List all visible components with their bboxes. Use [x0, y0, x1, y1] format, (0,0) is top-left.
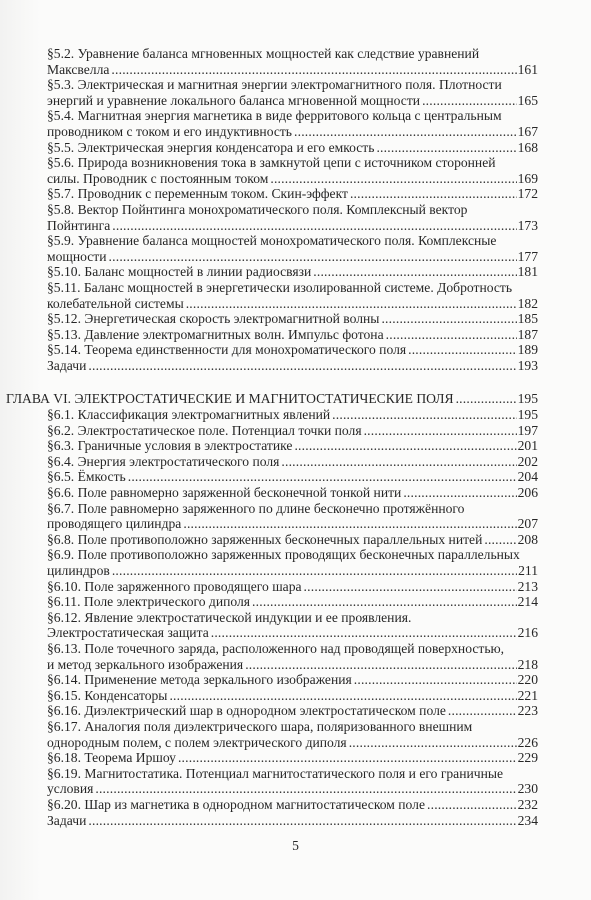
- dot-leader: [186, 296, 517, 312]
- toc-entry-title: мощности: [47, 249, 107, 265]
- toc-page-number: 195: [518, 407, 538, 423]
- dot-leader: [376, 140, 516, 156]
- toc-entry-title: §6.20. Шар из магнетика в однородном маг…: [47, 797, 425, 813]
- toc-entry[interactable]: §6.9. Поле противоположно заряженных про…: [0, 547, 591, 578]
- toc-entry-line: и метод зеркального изображения218: [0, 657, 538, 673]
- toc-entry[interactable]: §6.13. Поле точечного заряда, расположен…: [0, 641, 591, 672]
- toc-page-number: 207: [518, 516, 538, 532]
- toc-entry[interactable]: §5.9. Уравнение баланса мощностей монохр…: [0, 233, 591, 264]
- toc-entry-title: §5.7. Проводник с переменным током. Скин…: [47, 186, 348, 202]
- toc-entry[interactable]: §6.18. Теорема Иршоу229: [0, 750, 591, 766]
- toc-entry-title: Задачи: [47, 358, 86, 374]
- toc-entry-title: §5.4. Магнитная энергия магнетика в виде…: [47, 108, 502, 123]
- toc-page-number: 230: [518, 781, 538, 797]
- toc-entry-title: §6.3. Граничные условия в электростатике: [47, 438, 292, 454]
- toc-entry-title: §6.8. Поле противоположно заряженных бес…: [47, 532, 482, 548]
- toc-entry-line: §6.13. Поле точечного заряда, расположен…: [0, 641, 591, 657]
- toc-entry[interactable]: §6.6. Поле равномерно заряженной бесконе…: [0, 485, 591, 501]
- toc-entry[interactable]: Задачи193: [0, 358, 591, 374]
- toc-entry[interactable]: §5.13. Давление электромагнитных волн. И…: [0, 327, 591, 343]
- dot-leader: [448, 703, 517, 719]
- toc-entry-line: §6.17. Аналогия поля диэлектрического ша…: [0, 719, 591, 735]
- toc-page-number: 206: [518, 485, 538, 501]
- toc-entry-title: однородным полем, с полем электрического…: [47, 735, 347, 751]
- toc-entry[interactable]: §6.7. Поле равномерно заряженного по дли…: [0, 501, 591, 532]
- toc-entry-line: Пойнтинга173: [0, 218, 538, 234]
- toc-entry-title: §6.16. Диэлектрический шар в однородном …: [47, 703, 446, 719]
- toc-page-number: 197: [518, 423, 538, 439]
- toc-entry-title: колебательной системы: [47, 296, 184, 312]
- toc-entry-line: §5.13. Давление электромагнитных волн. И…: [0, 327, 538, 343]
- dot-leader: [88, 813, 516, 829]
- toc-page-number: 214: [518, 594, 538, 610]
- toc-entry-line: §6.16. Диэлектрический шар в однородном …: [0, 703, 538, 719]
- toc-entry-line: §5.5. Электрическая энергия конденсатора…: [0, 140, 538, 156]
- chapter-vi-sections: §6.1. Классификация электромагнитных явл…: [0, 407, 591, 828]
- toc-entry[interactable]: §5.12. Энергетическая скорость электрома…: [0, 311, 591, 327]
- toc-entry-title: энергий и уравнение локального баланса м…: [47, 93, 420, 109]
- toc-entry-line: цилиндров211: [0, 563, 538, 579]
- toc-entry[interactable]: §5.14. Теорема единственности для монохр…: [0, 342, 591, 358]
- toc-entry-title: §5.13. Давление электромагнитных волн. И…: [47, 327, 384, 343]
- toc-entry[interactable]: §5.7. Проводник с переменным током. Скин…: [0, 186, 591, 202]
- toc-entry[interactable]: §6.19. Магнитостатика. Потенциал магнито…: [0, 766, 591, 797]
- toc-entry-title: §6.14. Применение метода зеркального изо…: [47, 672, 352, 688]
- toc-entry-title: §6.9. Поле противоположно заряженных про…: [47, 547, 520, 562]
- dot-leader: [294, 438, 516, 454]
- toc-entry-title: §5.14. Теорема единственности для монохр…: [47, 342, 406, 358]
- toc-entry[interactable]: §5.6. Природа возникновения тока в замкн…: [0, 155, 591, 186]
- toc-entry-line: §6.15. Конденсаторы221: [0, 688, 538, 704]
- toc-entry-line: §5.11. Баланс мощностей в энергетически …: [0, 280, 591, 296]
- dot-leader: [350, 186, 517, 202]
- dot-leader: [169, 688, 516, 704]
- toc-page-number: 172: [518, 186, 538, 202]
- table-of-contents: §5.2. Уравнение баланса мгновенных мощно…: [0, 46, 591, 828]
- toc-entry-line: §5.9. Уравнение баланса мощностей монохр…: [0, 233, 591, 249]
- toc-entry-title: §6.19. Магнитостатика. Потенциал магнито…: [47, 766, 503, 781]
- toc-entry-title: §6.12. Явление электростатической индукц…: [47, 610, 411, 625]
- toc-entry-line: §5.8. Вектор Пойнтинга монохроматическог…: [0, 202, 591, 218]
- toc-entry-line: проводником с током и его индуктивность1…: [0, 124, 538, 140]
- chapter-gap: [0, 373, 591, 391]
- dot-leader: [349, 735, 517, 751]
- dot-leader: [364, 423, 517, 439]
- toc-entry[interactable]: §5.10. Баланс мощностей в линии радиосвя…: [0, 264, 591, 280]
- toc-entry-line: мощности177: [0, 249, 538, 265]
- dot-leader: [252, 594, 517, 610]
- toc-entry-line: §6.5. Ёмкость204: [0, 469, 538, 485]
- toc-entry-line: §6.8. Поле противоположно заряженных бес…: [0, 532, 538, 548]
- toc-entry-title: и метод зеркального изображения: [47, 657, 243, 673]
- toc-page-number: 232: [518, 797, 538, 813]
- toc-entry[interactable]: Задачи234: [0, 813, 591, 829]
- toc-entry-title: ГЛАВА VI. ЭЛЕКТРОСТАТИЧЕСКИЕ И МАГНИТОСТ…: [6, 391, 454, 407]
- toc-entry-title: проводником с током и его индуктивность: [47, 124, 292, 140]
- toc-entry[interactable]: §5.3. Электрическая и магнитная энергии …: [0, 77, 591, 108]
- toc-entry-line: силы. Проводник с постоянным током169: [0, 171, 538, 187]
- dot-leader: [183, 516, 516, 532]
- toc-entry-line: энергий и уравнение локального баланса м…: [0, 93, 538, 109]
- dot-leader: [427, 797, 517, 813]
- dot-leader: [109, 249, 517, 265]
- toc-page-number: 189: [518, 342, 538, 358]
- dot-leader: [386, 327, 517, 343]
- toc-entry-line: Задачи193: [0, 358, 538, 374]
- toc-entry-title: цилиндров: [47, 563, 110, 579]
- toc-entry-title: §6.5. Ёмкость: [47, 469, 126, 485]
- toc-entry-line: §5.10. Баланс мощностей в линии радиосвя…: [0, 264, 538, 280]
- toc-page-number: 216: [518, 625, 538, 641]
- toc-entry-line: §5.6. Природа возникновения тока в замкн…: [0, 155, 591, 171]
- toc-entry-line: §6.11. Поле электрического диполя214: [0, 594, 538, 610]
- toc-entry-line: §6.3. Граничные условия в электростатике…: [0, 438, 538, 454]
- toc-entry-title: §6.4. Энергия электростатического поля: [47, 454, 279, 470]
- toc-chapter-entry[interactable]: ГЛАВА VI. ЭЛЕКТРОСТАТИЧЕСКИЕ И МАГНИТОСТ…: [0, 391, 591, 407]
- toc-entry-line: §5.2. Уравнение баланса мгновенных мощно…: [0, 46, 591, 62]
- toc-entry-title: §6.15. Конденсаторы: [47, 688, 167, 704]
- dot-leader: [95, 781, 516, 797]
- toc-entry-title: силы. Проводник с постоянным током: [47, 171, 268, 187]
- toc-page-number: 167: [518, 124, 538, 140]
- toc-page-number: 234: [518, 813, 538, 829]
- toc-entry[interactable]: §6.11. Поле электрического диполя214: [0, 594, 591, 610]
- toc-entry-line: Электростатическая защита216: [0, 625, 538, 641]
- toc-entry[interactable]: §5.2. Уравнение баланса мгновенных мощно…: [0, 46, 591, 77]
- toc-entry-title: §5.3. Электрическая и магнитная энергии …: [47, 77, 502, 92]
- toc-entry-title: Задачи: [47, 813, 86, 829]
- toc-page-number: 229: [518, 750, 538, 766]
- toc-entry-line: Задачи234: [0, 813, 538, 829]
- toc-entry-line: колебательной системы182: [0, 296, 538, 312]
- toc-entry-line: условия230: [0, 781, 538, 797]
- toc-entry-title: §6.7. Поле равномерно заряженного по дли…: [47, 501, 464, 516]
- toc-entry-line: §6.6. Поле равномерно заряженной бесконе…: [0, 485, 538, 501]
- toc-entry-title: условия: [47, 781, 93, 797]
- toc-entry[interactable]: §6.14. Применение метода зеркального изо…: [0, 672, 591, 688]
- toc-page-number: 173: [518, 218, 538, 234]
- toc-entry-line: §6.12. Явление электростатической индукц…: [0, 610, 591, 626]
- toc-entry-line: §5.4. Магнитная энергия магнетика в виде…: [0, 108, 591, 124]
- book-page: §5.2. Уравнение баланса мгновенных мощно…: [0, 0, 591, 900]
- dot-leader: [294, 124, 517, 140]
- toc-page-number: 218: [518, 657, 538, 673]
- toc-entry-title: Пойнтинга: [47, 218, 110, 234]
- toc-entry-title: §6.11. Поле электрического диполя: [47, 594, 250, 610]
- toc-entry[interactable]: §5.8. Вектор Пойнтинга монохроматическог…: [0, 202, 591, 233]
- toc-entry-title: §5.2. Уравнение баланса мгновенных мощно…: [47, 46, 479, 61]
- toc-entry-title: §6.18. Теорема Иршоу: [47, 750, 176, 766]
- toc-page-number: 161: [518, 62, 538, 78]
- dot-leader: [128, 469, 517, 485]
- toc-entry[interactable]: §6.2. Электростатическое поле. Потенциал…: [0, 423, 591, 439]
- toc-entry[interactable]: §5.11. Баланс мощностей в энергетически …: [0, 280, 591, 311]
- toc-entry-title: §6.1. Классификация электромагнитных явл…: [47, 407, 330, 423]
- toc-page-number: 202: [518, 454, 538, 470]
- toc-entry-line: §6.19. Магнитостатика. Потенциал магнито…: [0, 766, 591, 782]
- toc-entry-line: однородным полем, с полем электрического…: [0, 735, 538, 751]
- toc-page-number: 223: [518, 703, 538, 719]
- toc-page-number: 195: [518, 391, 538, 407]
- toc-entry-line: §5.3. Электрическая и магнитная энергии …: [0, 77, 591, 93]
- toc-entry-title: §5.10. Баланс мощностей в линии радиосвя…: [47, 264, 311, 280]
- dot-leader: [456, 391, 517, 407]
- toc-page-number: 177: [518, 249, 538, 265]
- toc-page-number: 201: [518, 438, 538, 454]
- toc-entry-line: §5.12. Энергетическая скорость электрома…: [0, 311, 538, 327]
- toc-entry[interactable]: §6.12. Явление электростатической индукц…: [0, 610, 591, 641]
- dot-leader: [112, 218, 516, 234]
- toc-entry[interactable]: §6.20. Шар из магнетика в однородном маг…: [0, 797, 591, 813]
- toc-entry-title: §6.13. Поле точечного заряда, расположен…: [47, 641, 504, 656]
- toc-page-number: 211: [518, 563, 538, 579]
- toc-page-number: 168: [518, 140, 538, 156]
- toc-entry-line: §6.18. Теорема Иршоу229: [0, 750, 538, 766]
- toc-entry-title: §6.2. Электростатическое поле. Потенциал…: [47, 423, 362, 439]
- toc-entry-line: §6.7. Поле равномерно заряженного по дли…: [0, 501, 591, 517]
- toc-page-number: 204: [518, 469, 538, 485]
- toc-page-number: 226: [518, 735, 538, 751]
- dot-leader: [245, 657, 516, 673]
- dot-leader: [403, 485, 516, 501]
- toc-page-number: 185: [518, 311, 538, 327]
- dot-leader: [281, 454, 516, 470]
- toc-page-number: 182: [518, 296, 538, 312]
- toc-entry-line: §6.2. Электростатическое поле. Потенциал…: [0, 423, 538, 439]
- toc-entry-title: Максвелла: [47, 62, 109, 78]
- dot-leader: [111, 62, 516, 78]
- dot-leader: [422, 93, 517, 109]
- dot-leader: [270, 171, 516, 187]
- toc-entry[interactable]: §6.17. Аналогия поля диэлектрического ша…: [0, 719, 591, 750]
- toc-entry[interactable]: §6.15. Конденсаторы221: [0, 688, 591, 704]
- toc-entry-title: Электростатическая защита: [47, 625, 209, 641]
- toc-page-number: 220: [518, 672, 538, 688]
- dot-leader: [88, 358, 516, 374]
- toc-entry-title: §6.10. Поле заряженного проводящего шара: [47, 579, 302, 595]
- toc-entry-title: проводящего цилиндра: [47, 516, 181, 532]
- toc-page-number: 208: [518, 532, 538, 548]
- toc-entry-line: §6.20. Шар из магнетика в однородном маг…: [0, 797, 538, 813]
- toc-page-number: 213: [518, 579, 538, 595]
- toc-page-number: 169: [518, 171, 538, 187]
- toc-entry-line: ГЛАВА VI. ЭЛЕКТРОСТАТИЧЕСКИЕ И МАГНИТОСТ…: [0, 391, 538, 407]
- toc-page-number: 221: [518, 688, 538, 704]
- dot-leader: [381, 311, 516, 327]
- toc-entry-title: §5.6. Природа возникновения тока в замкн…: [47, 155, 496, 170]
- dot-leader: [304, 579, 517, 595]
- toc-entry-title: §5.12. Энергетическая скорость электрома…: [47, 311, 379, 327]
- toc-entry[interactable]: §6.3. Граничные условия в электростатике…: [0, 438, 591, 454]
- dot-leader: [178, 750, 517, 766]
- toc-entry[interactable]: §5.5. Электрическая энергия конденсатора…: [0, 140, 591, 156]
- toc-entry-title: §5.8. Вектор Пойнтинга монохроматическог…: [47, 202, 467, 217]
- toc-entry-line: §5.14. Теорема единственности для монохр…: [0, 342, 538, 358]
- toc-page-number: 187: [518, 327, 538, 343]
- toc-entry[interactable]: §6.8. Поле противоположно заряженных бес…: [0, 532, 591, 548]
- toc-entry[interactable]: §6.4. Энергия электростатического поля20…: [0, 454, 591, 470]
- dot-leader: [211, 625, 517, 641]
- page-number: 5: [0, 838, 591, 854]
- chapter-vi-heading: ГЛАВА VI. ЭЛЕКТРОСТАТИЧЕСКИЕ И МАГНИТОСТ…: [0, 391, 591, 407]
- chapter-v-sections: §5.2. Уравнение баланса мгновенных мощно…: [0, 46, 591, 373]
- toc-entry-line: Максвелла161: [0, 62, 538, 78]
- toc-page-number: 181: [518, 264, 538, 280]
- toc-entry-title: §5.9. Уравнение баланса мощностей монохр…: [47, 233, 496, 248]
- toc-entry-line: §6.9. Поле противоположно заряженных про…: [0, 547, 591, 563]
- toc-entry[interactable]: §5.4. Магнитная энергия магнетика в виде…: [0, 108, 591, 139]
- dot-leader: [354, 672, 517, 688]
- dot-leader: [484, 532, 516, 548]
- toc-entry-line: проводящего цилиндра207: [0, 516, 538, 532]
- toc-entry-line: §6.4. Энергия электростатического поля20…: [0, 454, 538, 470]
- dot-leader: [332, 407, 516, 423]
- toc-entry-title: §6.17. Аналогия поля диэлектрического ша…: [47, 719, 472, 734]
- dot-leader: [408, 342, 517, 358]
- toc-page-number: 165: [518, 93, 538, 109]
- toc-entry-line: §5.7. Проводник с переменным током. Скин…: [0, 186, 538, 202]
- toc-entry-line: §6.10. Поле заряженного проводящего шара…: [0, 579, 538, 595]
- toc-entry[interactable]: §6.16. Диэлектрический шар в однородном …: [0, 703, 591, 719]
- dot-leader: [313, 264, 516, 280]
- toc-entry[interactable]: §6.10. Поле заряженного проводящего шара…: [0, 579, 591, 595]
- toc-entry-title: §5.5. Электрическая энергия конденсатора…: [47, 140, 374, 156]
- dot-leader: [112, 563, 517, 579]
- toc-entry[interactable]: §6.1. Классификация электромагнитных явл…: [0, 407, 591, 423]
- toc-entry[interactable]: §6.5. Ёмкость204: [0, 469, 591, 485]
- toc-entry-line: §6.1. Классификация электромагнитных явл…: [0, 407, 538, 423]
- toc-entry-title: §5.11. Баланс мощностей в энергетически …: [47, 280, 512, 295]
- toc-entry-title: §6.6. Поле равномерно заряженной бесконе…: [47, 485, 401, 501]
- toc-entry-line: §6.14. Применение метода зеркального изо…: [0, 672, 538, 688]
- toc-page-number: 193: [518, 358, 538, 374]
